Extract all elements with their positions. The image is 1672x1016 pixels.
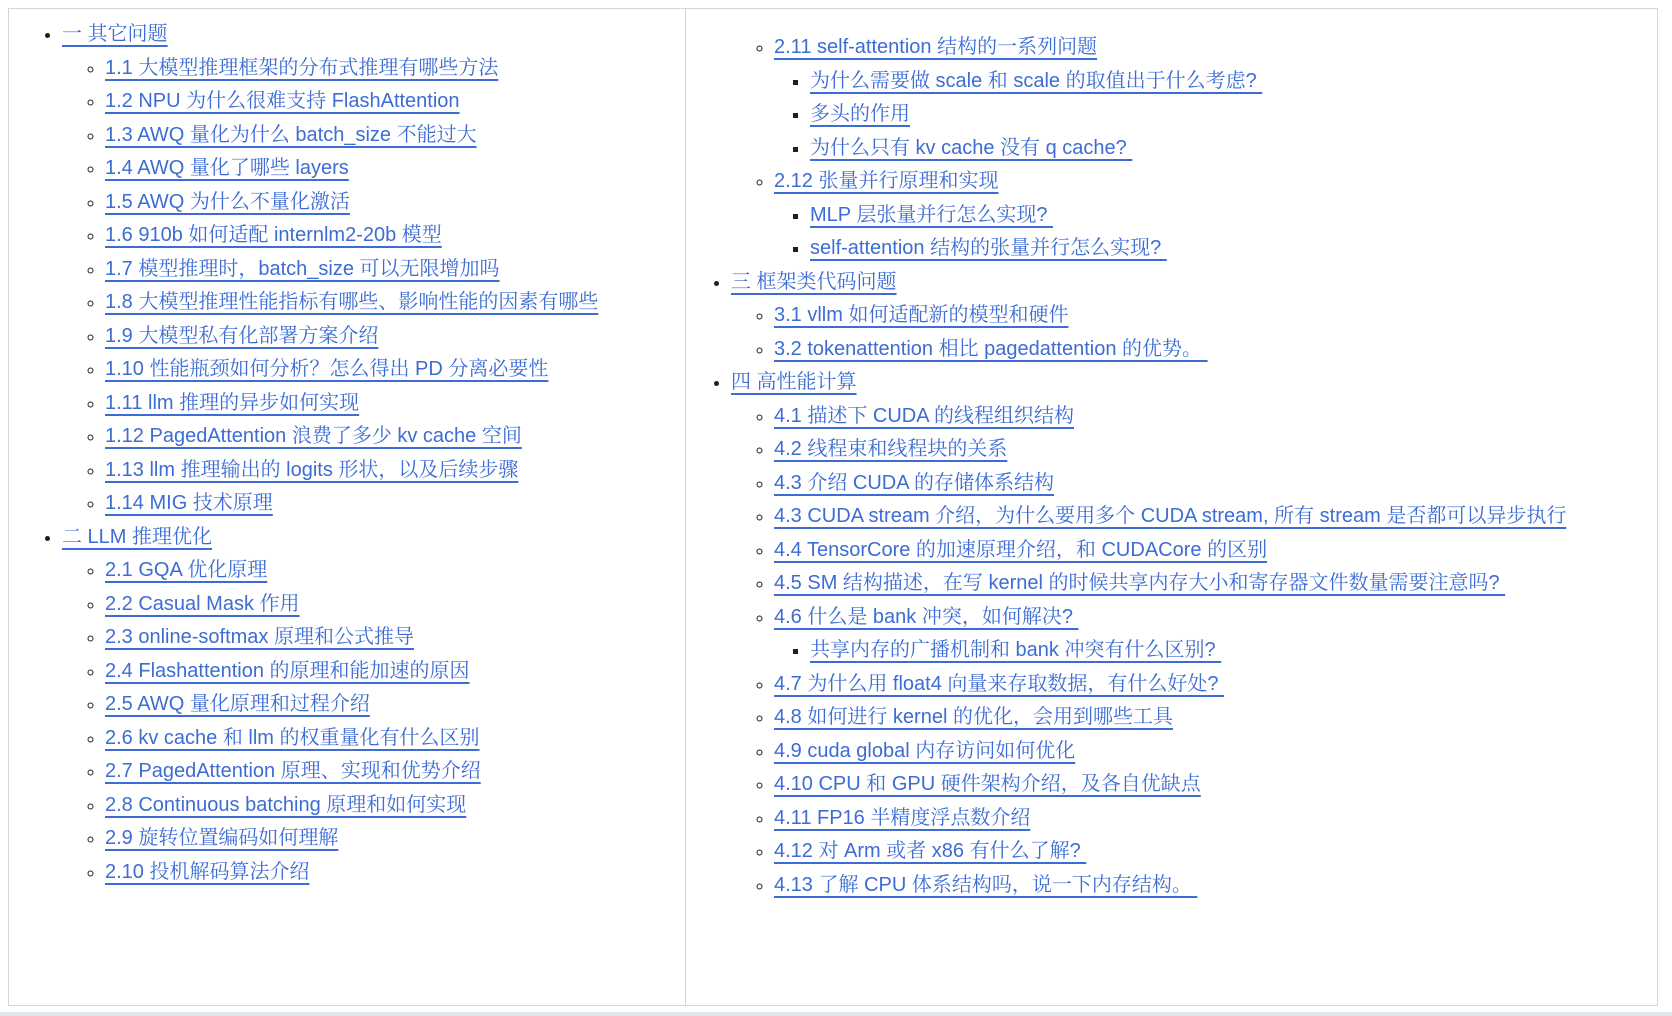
toc-item: 4.6 什么是 bank 冲突，如何解决? 共享内存的广播机制和 bank 冲突… — [774, 602, 1644, 666]
toc-item: 1.11 llm 推理的异步如何实现 — [105, 388, 672, 419]
toc-item: 2.9 旋转位置编码如何理解 — [105, 823, 672, 854]
toc-link[interactable]: 1.13 llm 推理输出的 logits 形状，以及后续步骤 — [105, 459, 518, 481]
toc-list-depth-1: 一 其它问题1.1 大模型推理框架的分布式推理有哪些方法1.2 NPU 为什么很… — [22, 19, 672, 887]
toc-item: 2.12 张量并行原理和实现MLP 层张量并行怎么实现? self-attent… — [774, 166, 1644, 264]
toc-item: 二 LLM 推理优化2.1 GQA 优化原理2.2 Casual Mask 作用… — [62, 522, 672, 888]
toc-link[interactable]: 4.3 介绍 CUDA 的存储体系结构 — [774, 472, 1054, 494]
toc-list-depth-1: 2.11 self-attention 结构的一系列问题为什么需要做 scale… — [691, 32, 1644, 900]
toc-list-depth-2: 4.1 描述下 CUDA 的线程组织结构4.2 线程束和线程块的关系4.3 介绍… — [731, 401, 1644, 901]
toc-item: 2.11 self-attention 结构的一系列问题为什么需要做 scale… — [774, 32, 1644, 163]
toc-column-right: 2.11 self-attention 结构的一系列问题为什么需要做 scale… — [686, 9, 1657, 1005]
toc-link[interactable]: MLP 层张量并行怎么实现? — [810, 204, 1053, 226]
toc-link[interactable]: 多头的作用 — [810, 103, 910, 125]
toc-item: 4.9 cuda global 内存访问如何优化 — [774, 736, 1644, 767]
toc-link[interactable]: 1.6 910b 如何适配 internlm2-20b 模型 — [105, 224, 442, 246]
toc-list-depth-2: 2.11 self-attention 结构的一系列问题为什么需要做 scale… — [731, 32, 1644, 264]
toc-item: 1.7 模型推理时，batch_size 可以无限增加吗 — [105, 254, 672, 285]
toc-link[interactable]: 4.12 对 Arm 或者 x86 有什么了解? — [774, 840, 1086, 862]
toc-link[interactable]: 2.7 PagedAttention 原理、实现和优势介绍 — [105, 760, 481, 782]
toc-item: 1.9 大模型私有化部署方案介绍 — [105, 321, 672, 352]
toc-link[interactable]: 4.7 为什么用 float4 向量来存取数据，有什么好处? — [774, 673, 1224, 695]
toc-item: 一 其它问题1.1 大模型推理框架的分布式推理有哪些方法1.2 NPU 为什么很… — [62, 19, 672, 519]
toc-link[interactable]: 1.4 AWQ 量化了哪些 layers — [105, 157, 349, 179]
toc-item: 为什么需要做 scale 和 scale 的取值出于什么考虑? — [810, 66, 1644, 97]
toc-link[interactable]: 四 高性能计算 — [731, 371, 857, 393]
toc-link[interactable]: 1.11 llm 推理的异步如何实现 — [105, 392, 359, 414]
toc-list-depth-3: 共享内存的广播机制和 bank 冲突有什么区别? — [774, 635, 1644, 666]
toc-container: 一 其它问题1.1 大模型推理框架的分布式推理有哪些方法1.2 NPU 为什么很… — [8, 8, 1658, 1006]
toc-link[interactable]: 4.1 描述下 CUDA 的线程组织结构 — [774, 405, 1074, 427]
toc-link[interactable]: 2.9 旋转位置编码如何理解 — [105, 827, 338, 849]
toc-item: 4.10 CPU 和 GPU 硬件架构介绍，及各自优缺点 — [774, 769, 1644, 800]
toc-item: 2.4 Flashattention 的原理和能加速的原因 — [105, 656, 672, 687]
toc-item: 1.6 910b 如何适配 internlm2-20b 模型 — [105, 220, 672, 251]
toc-link[interactable]: 三 框架类代码问题 — [731, 271, 897, 293]
toc-item: 2.5 AWQ 量化原理和过程介绍 — [105, 689, 672, 720]
toc-item: 1.4 AWQ 量化了哪些 layers — [105, 153, 672, 184]
toc-list-depth-2: 2.1 GQA 优化原理2.2 Casual Mask 作用2.3 online… — [62, 555, 672, 887]
toc-link[interactable]: 1.2 NPU 为什么很难支持 FlashAttention — [105, 90, 460, 112]
toc-link[interactable]: 4.11 FP16 半精度浮点数介绍 — [774, 807, 1030, 829]
toc-item: MLP 层张量并行怎么实现? — [810, 200, 1644, 231]
toc-item: 1.13 llm 推理输出的 logits 形状，以及后续步骤 — [105, 455, 672, 486]
toc-link[interactable]: 4.4 TensorCore 的加速原理介绍，和 CUDACore 的区别 — [774, 539, 1267, 561]
toc-item: 2.1 GQA 优化原理 — [105, 555, 672, 586]
toc-item: self-attention 结构的张量并行怎么实现? — [810, 233, 1644, 264]
toc-item: 多头的作用 — [810, 99, 1644, 130]
toc-item: 1.12 PagedAttention 浪费了多少 kv cache 空间 — [105, 421, 672, 452]
toc-item: 2.8 Continuous batching 原理和如何实现 — [105, 790, 672, 821]
toc-item: 4.3 CUDA stream 介绍，为什么要用多个 CUDA stream, … — [774, 501, 1644, 532]
toc-link[interactable]: 为什么只有 kv cache 没有 q cache? — [810, 137, 1132, 159]
toc-item: 4.5 SM 结构描述，在写 kernel 的时候共享内存大小和寄存器文件数量需… — [774, 568, 1644, 599]
toc-list-depth-3: 为什么需要做 scale 和 scale 的取值出于什么考虑? 多头的作用为什么… — [774, 66, 1644, 164]
toc-link[interactable]: 3.2 tokenattention 相比 pagedattention 的优势… — [774, 338, 1208, 360]
toc-link[interactable]: 3.1 vllm 如何适配新的模型和硬件 — [774, 304, 1068, 326]
toc-link[interactable]: 2.5 AWQ 量化原理和过程介绍 — [105, 693, 370, 715]
toc-item: 2.7 PagedAttention 原理、实现和优势介绍 — [105, 756, 672, 787]
toc-item: 1.10 性能瓶颈如何分析？怎么得出 PD 分离必要性 — [105, 354, 672, 385]
toc-link[interactable]: 二 LLM 推理优化 — [62, 526, 212, 548]
toc-item: 三 框架类代码问题3.1 vllm 如何适配新的模型和硬件3.2 tokenat… — [731, 267, 1644, 365]
toc-item: 2.10 投机解码算法介绍 — [105, 857, 672, 888]
toc-link[interactable]: 4.6 什么是 bank 冲突，如何解决? — [774, 606, 1079, 628]
toc-link[interactable]: 共享内存的广播机制和 bank 冲突有什么区别? — [810, 639, 1221, 661]
toc-item: 4.11 FP16 半精度浮点数介绍 — [774, 803, 1644, 834]
toc-item: 2.3 online-softmax 原理和公式推导 — [105, 622, 672, 653]
toc-link[interactable]: 4.3 CUDA stream 介绍，为什么要用多个 CUDA stream, … — [774, 505, 1566, 527]
toc-link[interactable]: 2.3 online-softmax 原理和公式推导 — [105, 626, 414, 648]
toc-item: 四 高性能计算4.1 描述下 CUDA 的线程组织结构4.2 线程束和线程块的关… — [731, 367, 1644, 900]
page: 一 其它问题1.1 大模型推理框架的分布式推理有哪些方法1.2 NPU 为什么很… — [0, 0, 1672, 1016]
toc-link[interactable]: 4.5 SM 结构描述，在写 kernel 的时候共享内存大小和寄存器文件数量需… — [774, 572, 1505, 594]
toc-item: 4.4 TensorCore 的加速原理介绍，和 CUDACore 的区别 — [774, 535, 1644, 566]
toc-item: 1.3 AWQ 量化为什么 batch_size 不能过大 — [105, 120, 672, 151]
toc-list-depth-2: 3.1 vllm 如何适配新的模型和硬件3.2 tokenattention 相… — [731, 300, 1644, 364]
toc-link[interactable]: 1.9 大模型私有化部署方案介绍 — [105, 325, 378, 347]
toc-link[interactable]: 4.13 了解 CPU 体系结构吗，说一下内存结构。 — [774, 874, 1197, 896]
toc-link[interactable]: 1.14 MIG 技术原理 — [105, 492, 273, 514]
toc-item: 3.2 tokenattention 相比 pagedattention 的优势… — [774, 334, 1644, 365]
toc-item: 共享内存的广播机制和 bank 冲突有什么区别? — [810, 635, 1644, 666]
toc-link[interactable]: 一 其它问题 — [62, 23, 168, 45]
toc-link[interactable]: 4.10 CPU 和 GPU 硬件架构介绍，及各自优缺点 — [774, 773, 1201, 795]
toc-link[interactable]: 2.10 投机解码算法介绍 — [105, 861, 309, 883]
toc-link[interactable]: 2.12 张量并行原理和实现 — [774, 170, 998, 192]
toc-item: 1.2 NPU 为什么很难支持 FlashAttention — [105, 86, 672, 117]
toc-link[interactable]: 为什么需要做 scale 和 scale 的取值出于什么考虑? — [810, 70, 1262, 92]
toc-link[interactable]: 2.11 self-attention 结构的一系列问题 — [774, 36, 1097, 58]
toc-link[interactable]: 1.1 大模型推理框架的分布式推理有哪些方法 — [105, 57, 498, 79]
toc-item: 4.13 了解 CPU 体系结构吗，说一下内存结构。 — [774, 870, 1644, 901]
toc-link[interactable]: 1.7 模型推理时，batch_size 可以无限增加吗 — [105, 258, 500, 280]
toc-column-left: 一 其它问题1.1 大模型推理框架的分布式推理有哪些方法1.2 NPU 为什么很… — [9, 9, 686, 1005]
toc-link[interactable]: 2.8 Continuous batching 原理和如何实现 — [105, 794, 466, 816]
toc-item: 4.12 对 Arm 或者 x86 有什么了解? — [774, 836, 1644, 867]
toc-item: 4.8 如何进行 kernel 的优化，会用到哪些工具 — [774, 702, 1644, 733]
toc-link[interactable]: self-attention 结构的张量并行怎么实现? — [810, 237, 1167, 259]
toc-link[interactable]: 2.1 GQA 优化原理 — [105, 559, 267, 581]
toc-list-depth-3: MLP 层张量并行怎么实现? self-attention 结构的张量并行怎么实… — [774, 200, 1644, 264]
toc-item: 2.6 kv cache 和 llm 的权重量化有什么区别 — [105, 723, 672, 754]
toc-link[interactable]: 2.2 Casual Mask 作用 — [105, 593, 300, 615]
toc-link[interactable]: 4.9 cuda global 内存访问如何优化 — [774, 740, 1075, 762]
toc-item: 1.5 AWQ 为什么不量化激活 — [105, 187, 672, 218]
toc-link[interactable]: 1.10 性能瓶颈如何分析？怎么得出 PD 分离必要性 — [105, 358, 548, 380]
toc-item: 1.8 大模型推理性能指标有哪些、影响性能的因素有哪些 — [105, 287, 672, 318]
toc-item: 3.1 vllm 如何适配新的模型和硬件 — [774, 300, 1644, 331]
window-bottom-edge — [0, 1012, 1672, 1016]
toc-item: 4.7 为什么用 float4 向量来存取数据，有什么好处? — [774, 669, 1644, 700]
toc-link[interactable]: 4.8 如何进行 kernel 的优化，会用到哪些工具 — [774, 706, 1173, 728]
toc-list-depth-2: 1.1 大模型推理框架的分布式推理有哪些方法1.2 NPU 为什么很难支持 Fl… — [62, 53, 672, 519]
toc-item: 4.3 介绍 CUDA 的存储体系结构 — [774, 468, 1644, 499]
toc-link[interactable]: 1.5 AWQ 为什么不量化激活 — [105, 191, 350, 213]
toc-link[interactable]: 2.4 Flashattention 的原理和能加速的原因 — [105, 660, 470, 682]
toc-link[interactable]: 1.8 大模型推理性能指标有哪些、影响性能的因素有哪些 — [105, 291, 598, 313]
toc-item: 1.14 MIG 技术原理 — [105, 488, 672, 519]
toc-link[interactable]: 1.12 PagedAttention 浪费了多少 kv cache 空间 — [105, 425, 522, 447]
toc-item: 4.1 描述下 CUDA 的线程组织结构 — [774, 401, 1644, 432]
toc-link[interactable]: 4.2 线程束和线程块的关系 — [774, 438, 1007, 460]
toc-item: 1.1 大模型推理框架的分布式推理有哪些方法 — [105, 53, 672, 84]
toc-link[interactable]: 2.6 kv cache 和 llm 的权重量化有什么区别 — [105, 727, 480, 749]
toc-item: 2.2 Casual Mask 作用 — [105, 589, 672, 620]
toc-link[interactable]: 1.3 AWQ 量化为什么 batch_size 不能过大 — [105, 124, 477, 146]
toc-item: 4.2 线程束和线程块的关系 — [774, 434, 1644, 465]
toc-item: 为什么只有 kv cache 没有 q cache? — [810, 133, 1644, 164]
